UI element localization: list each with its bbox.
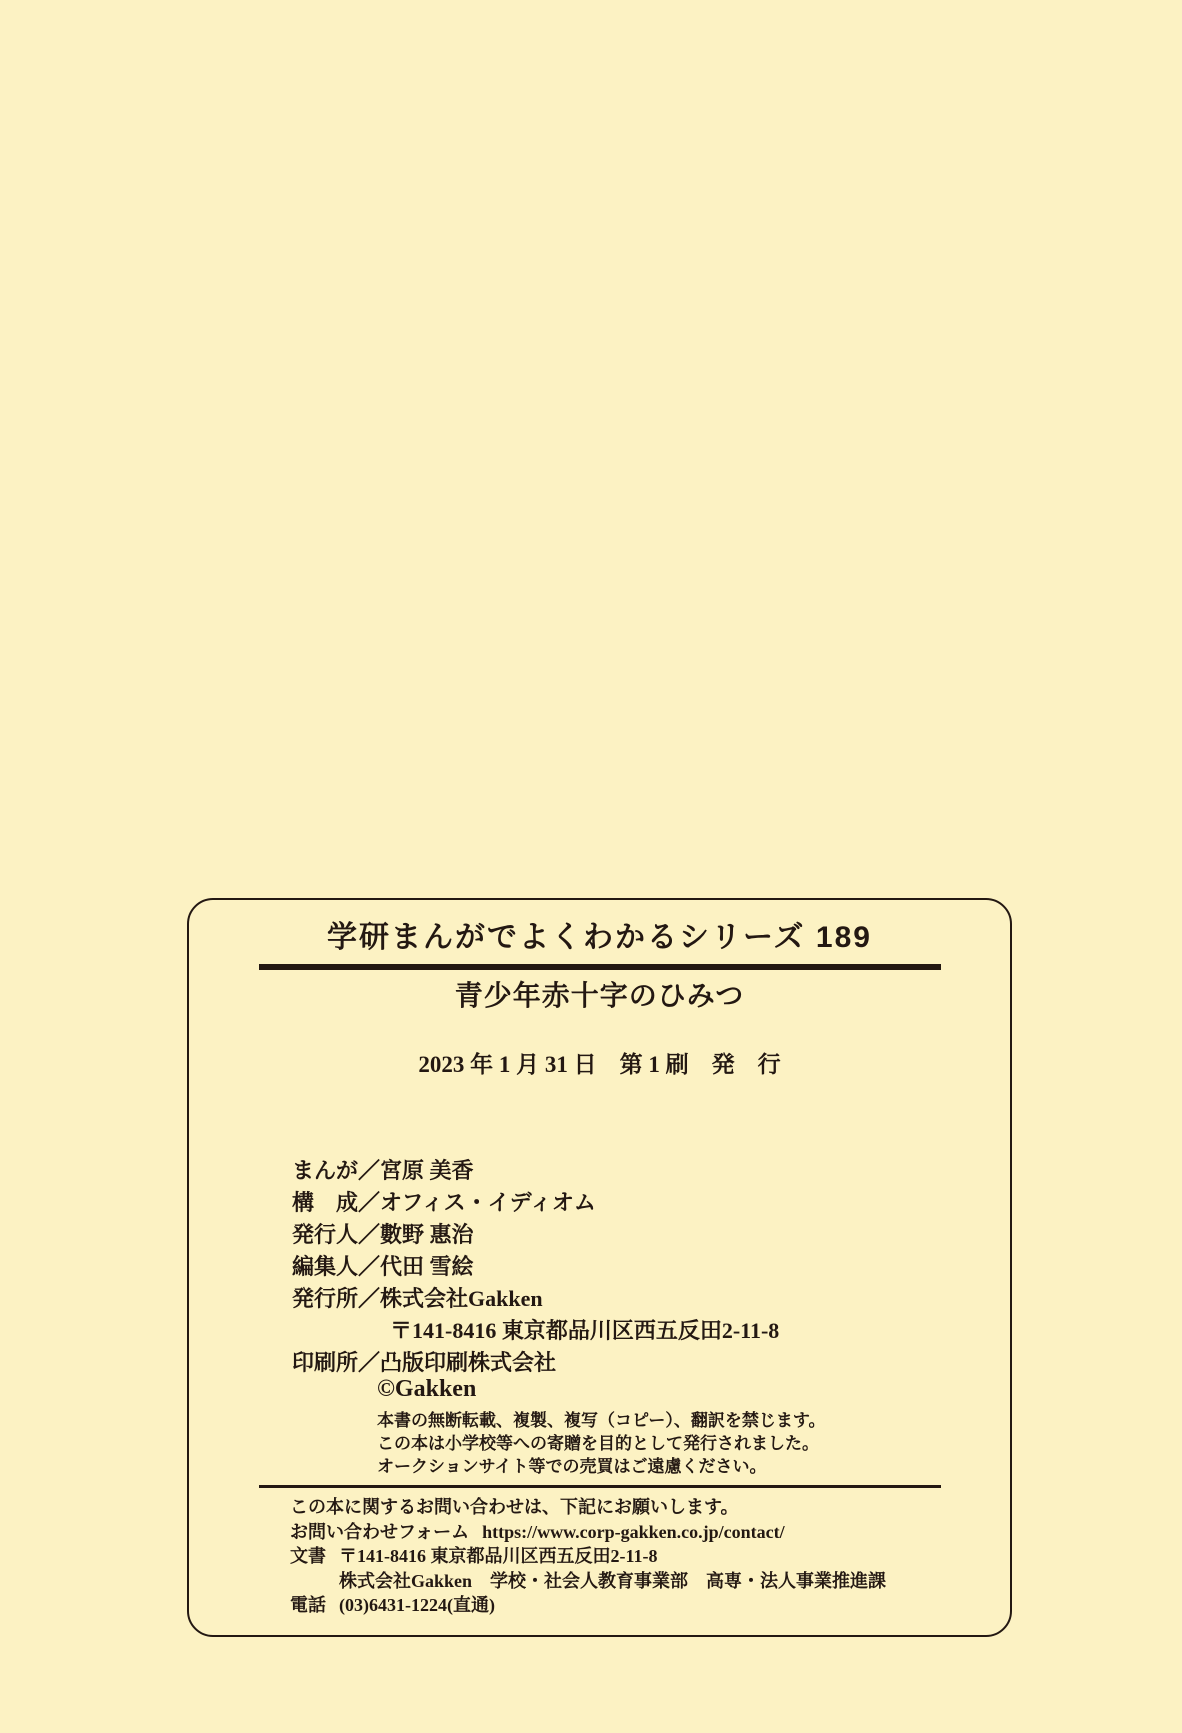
series-title: 学研まんがでよくわかるシリーズ 189 (189, 921, 1010, 955)
credits-block: まんが／宮原 美香 構 成／オフィス・イディオム 発行人／數野 惠治 編集人／代… (292, 1155, 779, 1379)
contact-label-phone: 電話 (290, 1593, 326, 1618)
contact-row-form: お問い合わせフォーム https://www.corp-gakken.co.jp… (290, 1520, 886, 1545)
credit-hakkousho: 発行所／株式会社Gakken (292, 1283, 779, 1315)
notice-donation-purpose: この本は小学校等への寄贈を目的として発行されました。 (377, 1432, 825, 1455)
page-background: 学研まんがでよくわかるシリーズ 189 青少年赤十字のひみつ 2023 年 1 … (0, 0, 1182, 1733)
credit-insatsusho: 印刷所／凸版印刷株式会社 (292, 1347, 779, 1379)
title-rule (259, 964, 941, 970)
book-title: 青少年赤十字のひみつ (189, 980, 1010, 1012)
contact-label-form: お問い合わせフォーム (290, 1520, 469, 1545)
credit-kousei: 構 成／オフィス・イディオム (292, 1187, 779, 1219)
colophon-box: 学研まんがでよくわかるシリーズ 189 青少年赤十字のひみつ 2023 年 1 … (187, 898, 1012, 1637)
notice-no-reproduction: 本書の無断転載、複製、複写（コピー）、翻訳を禁じます。 (377, 1409, 825, 1432)
credit-manga: まんが／宮原 美香 (292, 1155, 779, 1187)
contact-heading: この本に関するお問い合わせは、下記にお願いします。 (290, 1495, 886, 1520)
notice-no-resale: オークションサイト等での売買はご遠慮ください。 (377, 1455, 825, 1478)
section-divider (259, 1485, 941, 1488)
contact-row-department: 株式会社Gakken 学校・社会人教育事業部 高専・法人事業推進課 (290, 1569, 886, 1594)
contact-url: https://www.corp-gakken.co.jp/contact/ (482, 1520, 785, 1545)
contact-row-mail: 文書 〒141-8416 東京都品川区西五反田2-11-8 (290, 1544, 886, 1569)
contact-block: この本に関するお問い合わせは、下記にお願いします。 お問い合わせフォーム htt… (290, 1495, 886, 1618)
copyright-line: ©Gakken (377, 1375, 476, 1403)
contact-label-empty (290, 1569, 326, 1594)
credit-hakkounin: 発行人／數野 惠治 (292, 1219, 779, 1251)
contact-phone-number: (03)6431-1224(直通) (339, 1593, 495, 1618)
contact-department: 株式会社Gakken 学校・社会人教育事業部 高専・法人事業推進課 (339, 1569, 886, 1594)
contact-label-mail: 文書 (290, 1544, 326, 1569)
contact-mail-address: 〒141-8416 東京都品川区西五反田2-11-8 (339, 1544, 658, 1569)
contact-row-phone: 電話 (03)6431-1224(直通) (290, 1593, 886, 1618)
credit-hakkousho-address: 〒141-8416 東京都品川区西五反田2-11-8 (292, 1315, 779, 1347)
credit-henshunin: 編集人／代田 雪絵 (292, 1251, 779, 1283)
edition-line: 2023 年 1 月 31 日 第 1 刷 発 行 (189, 1051, 1010, 1079)
notices-block: 本書の無断転載、複製、複写（コピー）、翻訳を禁じます。 この本は小学校等への寄贈… (377, 1409, 825, 1478)
